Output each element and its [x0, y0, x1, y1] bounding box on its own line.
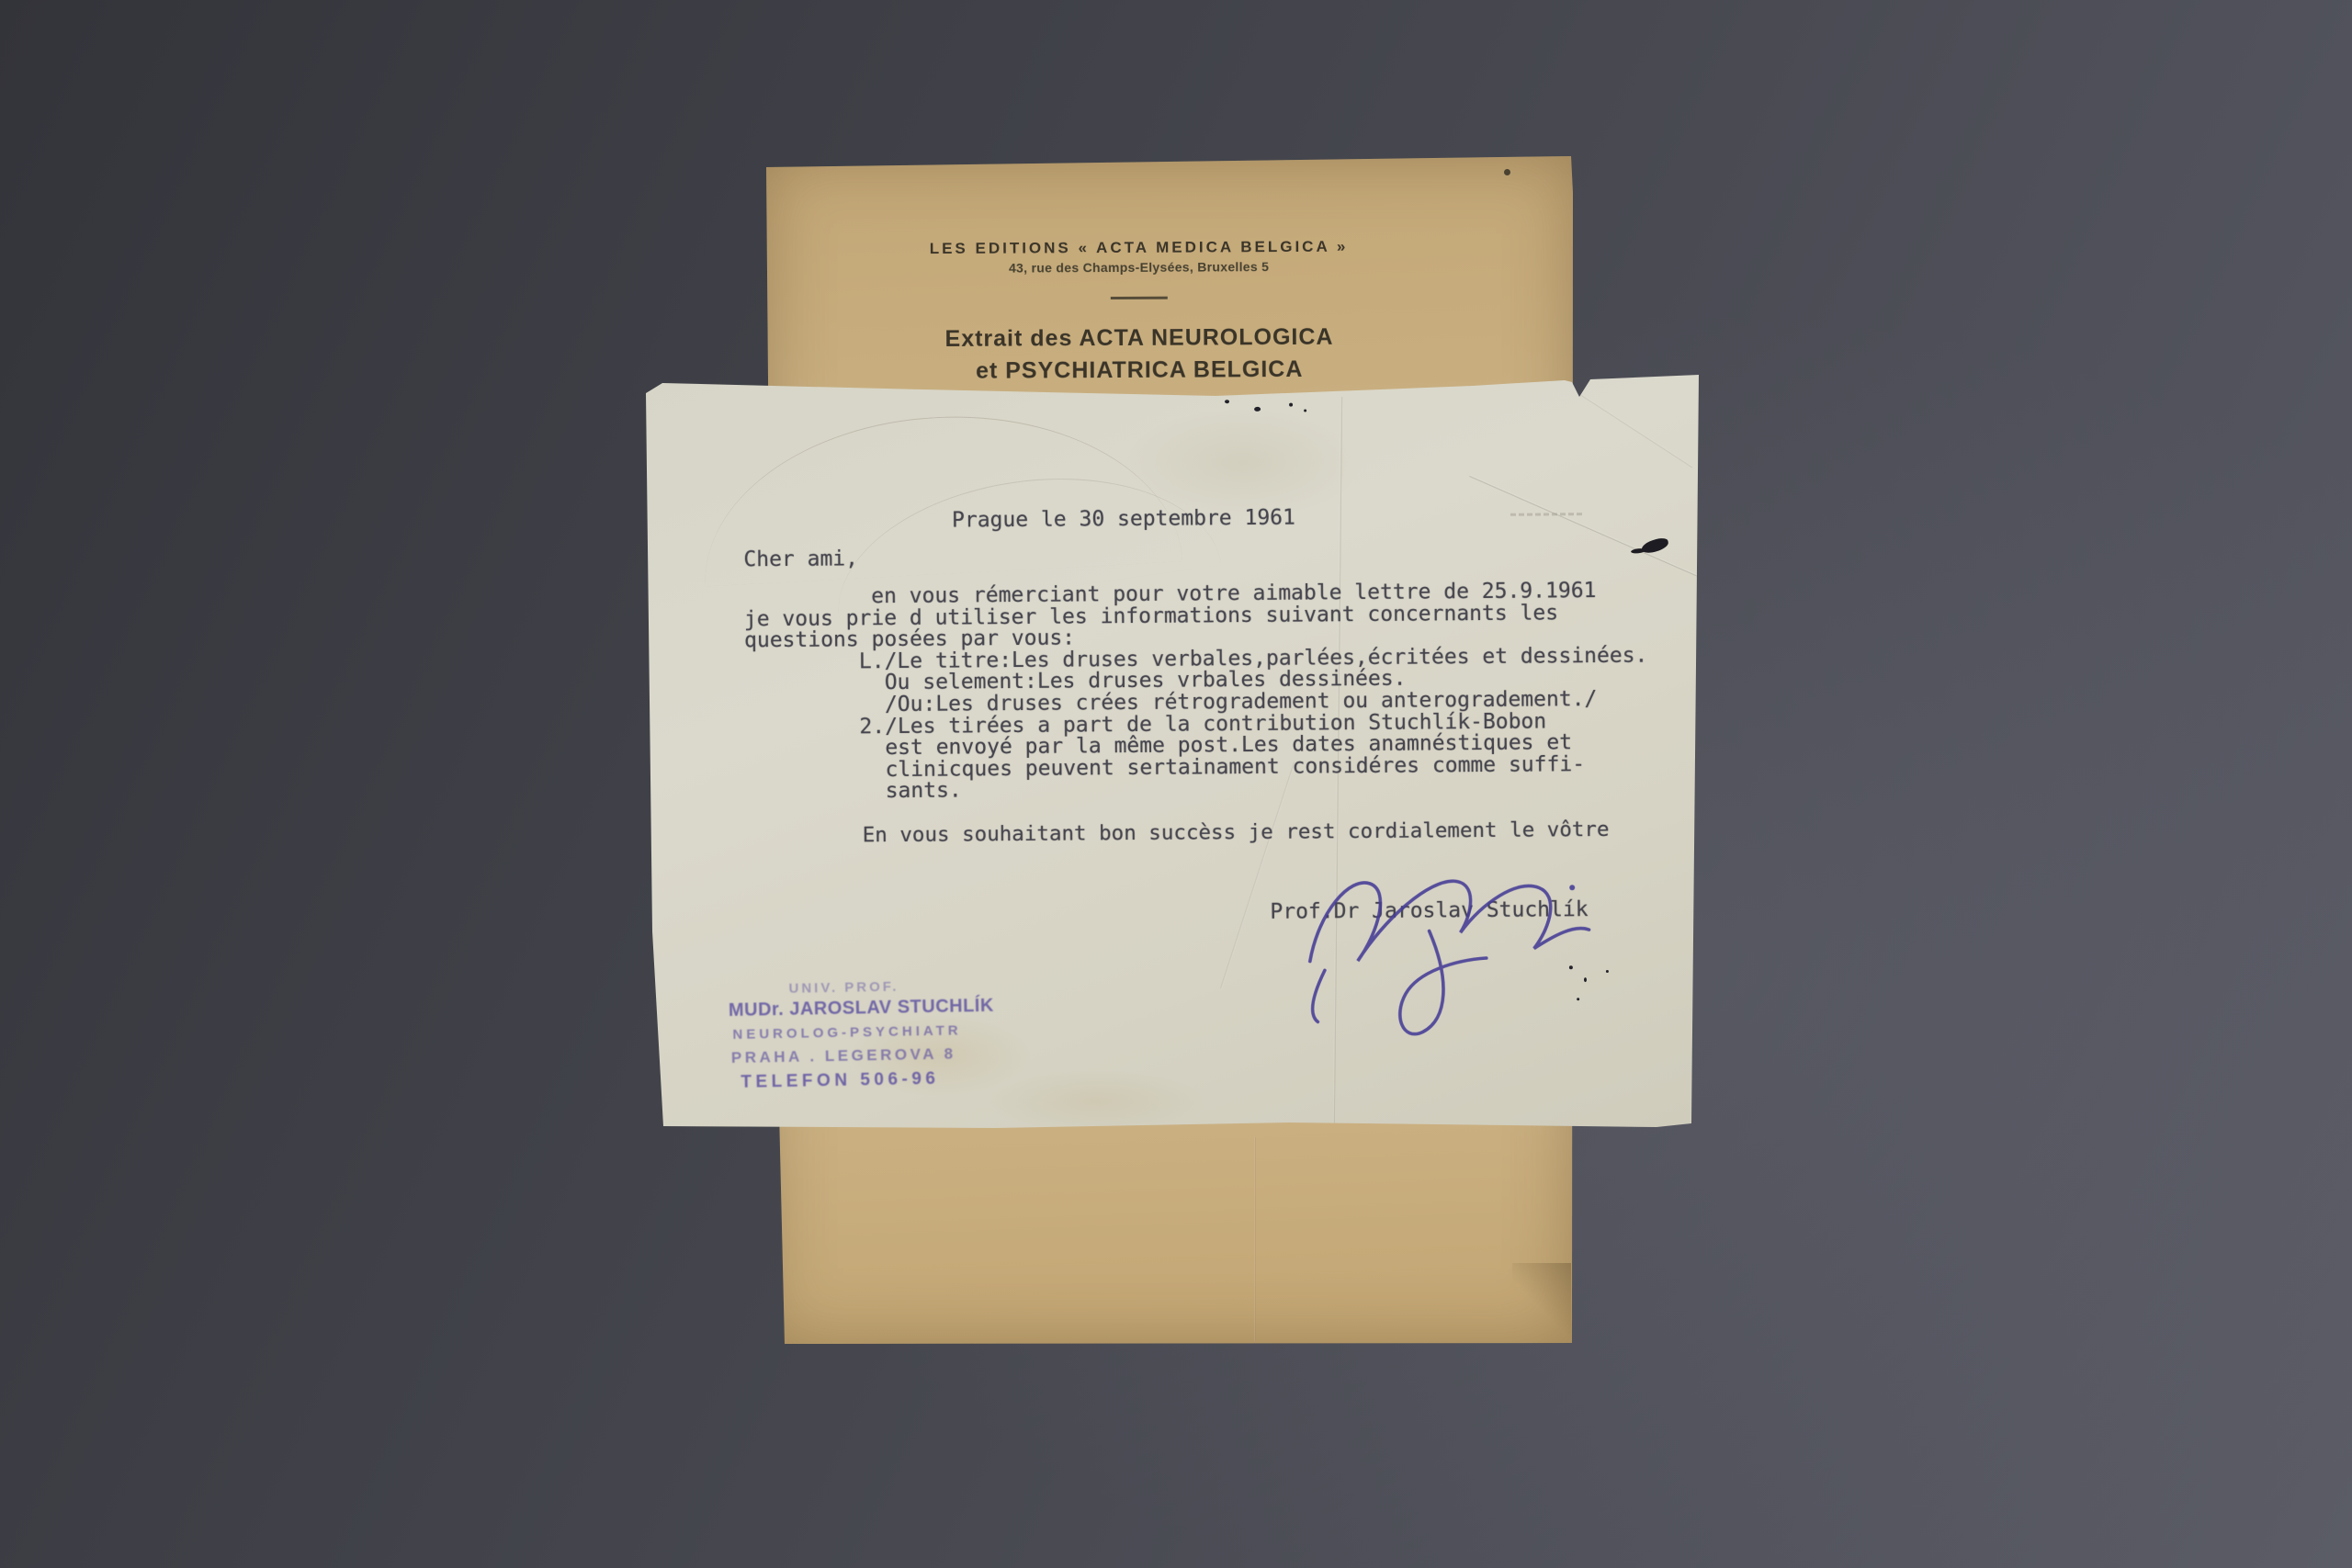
cover-publisher-line: LES EDITIONS « ACTA MEDICA BELGICA » — [766, 237, 1510, 259]
address-stamp: UNIV. PROF. MUDr. JAROSLAV STUCHLÍK NEUR… — [728, 977, 1005, 1093]
photo-stage: LES EDITIONS « ACTA MEDICA BELGICA » 43,… — [0, 0, 2352, 1568]
stamp-line-4: PRAHA . LEGEROVA 8 — [731, 1044, 1005, 1067]
cover-title-line-1: Extrait des ACTA NEUROLOGICA — [767, 323, 1511, 354]
handwritten-signature — [1293, 821, 1607, 1063]
letter-content: Prague le 30 septembre 1961 Cher ami, en… — [646, 363, 1708, 1130]
punch-hole — [1504, 169, 1510, 175]
letter-dateline: Prague le 30 septembre 1961 — [952, 506, 1295, 533]
cover-corner-curl — [1512, 1263, 1571, 1344]
stamp-line-1: UNIV. PROF. — [788, 977, 1003, 997]
ink-speck — [1577, 998, 1579, 1000]
cover-divider — [1111, 297, 1168, 299]
cover-print-block: LES EDITIONS « ACTA MEDICA BELGICA » 43,… — [766, 152, 1510, 156]
stamp-line-3: NEUROLOG-PSYCHIATR — [732, 1022, 1004, 1043]
letter-body: en vous rémerciant pour votre aimable le… — [744, 581, 1649, 805]
pencil-scribble — [1510, 513, 1582, 516]
ink-speck — [1584, 977, 1587, 982]
letter-paper: Prague le 30 septembre 1961 Cher ami, en… — [646, 371, 1702, 1130]
ink-speck — [1304, 410, 1306, 412]
cover-fold-crease — [1254, 1137, 1256, 1341]
stamp-line-2: MUDr. JAROSLAV STUCHLÍK — [729, 996, 1004, 1021]
cover-title-line-2: et PSYCHIATRICA BELGICA — [767, 355, 1511, 386]
ink-speck — [1606, 970, 1609, 973]
ink-blot — [1640, 536, 1669, 555]
ink-speck — [1569, 965, 1573, 969]
ink-speck — [1225, 400, 1229, 403]
ink-speck — [1289, 403, 1293, 407]
ink-speck — [1254, 407, 1261, 412]
letter-salutation: Cher ami, — [743, 547, 858, 571]
stamp-line-5: TELEFON 506-96 — [741, 1068, 1005, 1093]
